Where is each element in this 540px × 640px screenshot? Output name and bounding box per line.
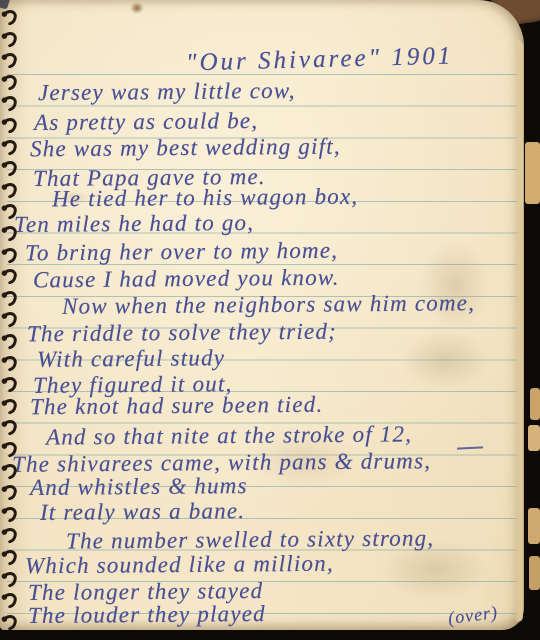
poem-line: The riddle to solve they tried; bbox=[27, 320, 337, 346]
poem-line: The louder they played bbox=[28, 602, 266, 627]
numeral-underline bbox=[457, 446, 483, 449]
page-stack-tab bbox=[528, 425, 540, 451]
poem-line: The longer they stayed bbox=[28, 579, 263, 604]
poem-line: She was my best wedding gift, bbox=[30, 135, 341, 161]
page-stack-tab bbox=[530, 388, 540, 420]
poem-line: It realy was a bane. bbox=[40, 499, 245, 524]
poem-line: Now when the neighbors saw him come, bbox=[62, 291, 475, 318]
poem-line: And whistles & hums bbox=[30, 474, 248, 499]
poem-line: Ten miles he had to go, bbox=[14, 211, 254, 236]
poem-line: The shivarees came, with pans & drums, bbox=[12, 449, 431, 476]
page-stack-tab bbox=[529, 556, 540, 590]
poem-line: Cause I had moved you know. bbox=[33, 266, 340, 292]
poem-line: The number swelled to sixty strong, bbox=[66, 526, 434, 552]
poem-line: And so that nite at the stroke of 12, bbox=[46, 422, 412, 448]
poem-line: With careful study bbox=[37, 346, 225, 371]
notebook-page: "Our Shivaree" 1901 (over) Jersey was my… bbox=[0, 0, 524, 630]
poem-line: He tied her to his wagon box, bbox=[52, 185, 358, 211]
poem-text: "Our Shivaree" 1901 (over) Jersey was my… bbox=[0, 0, 524, 630]
page-stack-tab bbox=[528, 508, 540, 544]
notebook-photo: "Our Shivaree" 1901 (over) Jersey was my… bbox=[0, 0, 540, 640]
poem-line: The knot had sure been tied. bbox=[30, 393, 324, 419]
over-note: (over) bbox=[447, 603, 499, 627]
poem-line: As pretty as could be, bbox=[34, 109, 258, 134]
poem-line: Which sounded like a million, bbox=[25, 552, 334, 578]
poem-line: Jersey was my little cow, bbox=[38, 79, 296, 104]
poem-line: To bring her over to my home, bbox=[25, 239, 338, 265]
page-title: "Our Shivaree" 1901 bbox=[186, 44, 454, 76]
page-stack-tab bbox=[525, 142, 540, 204]
